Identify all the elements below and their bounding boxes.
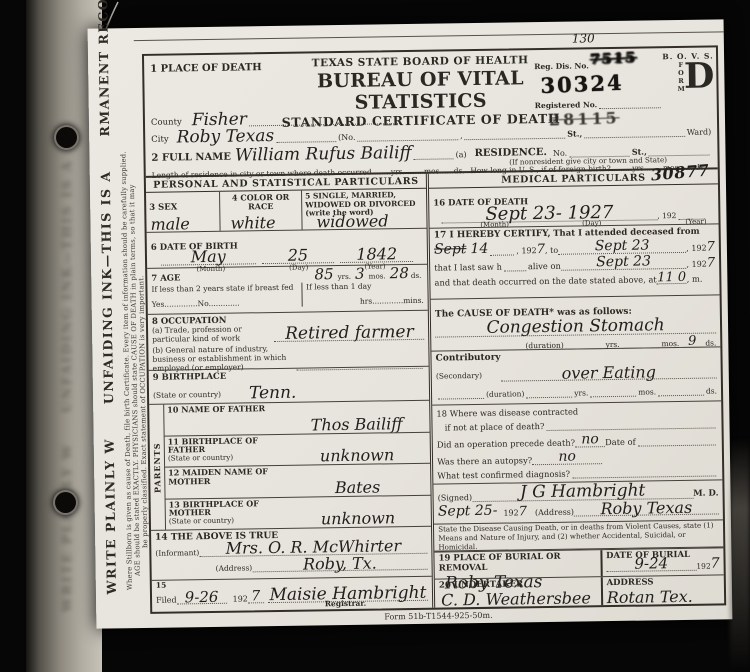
lastsaw-192: , 192 xyxy=(686,260,706,269)
age-months-value: 3 xyxy=(355,268,365,281)
dotted-line xyxy=(504,264,526,271)
registrar-label: Registrar. xyxy=(325,599,367,609)
ghost-text-seg2: UNFAIDING INK—THIS IS A xyxy=(60,160,75,413)
margin-bold-seg2: UNFAIDING INK—THIS IS A xyxy=(98,170,116,404)
ds-caption: ds. xyxy=(411,271,422,280)
mother-birthplace-row: 13 BIRTHPLACE OF MOTHER (State or countr… xyxy=(166,495,432,529)
dotted-line xyxy=(546,421,715,431)
page-top-rule xyxy=(134,31,724,41)
form-header: 1 PLACE OF DEATH TEXAS STATE BOARD OF HE… xyxy=(144,47,718,175)
father-label: 10 NAME OF FATHER xyxy=(167,404,286,415)
city-label: City xyxy=(151,135,169,145)
certificate-page: WRITE PLAINLY W UNFAIDING INK—THIS IS A … xyxy=(88,19,733,628)
occurred-post: , m. xyxy=(687,275,703,284)
dotted-line xyxy=(658,390,704,397)
duration-yrs: yrs. xyxy=(605,340,619,349)
test-question: What test confirmed diagnosis? xyxy=(437,468,570,480)
dotted-line xyxy=(584,123,685,138)
signed-192: 192 xyxy=(503,509,518,518)
dotted-line xyxy=(638,438,716,446)
attended-to-value: Sept 23 xyxy=(595,241,650,254)
dob-day-value: 25 xyxy=(288,249,309,263)
dotted-line xyxy=(590,391,636,398)
attended-from-day: 14 xyxy=(470,244,488,256)
dotted-line xyxy=(622,342,660,349)
county-value: Fisher xyxy=(192,112,247,127)
q18-line2: if not at place of death? xyxy=(445,421,545,432)
parents-label: PARENTS xyxy=(152,442,163,493)
less-than-day-note: If less than 1 day xyxy=(306,281,424,292)
birthplace-row: 9 BIRTHPLACE (State or country) Tenn. xyxy=(149,367,430,405)
father-birthplace-row: 11 BIRTHPLACE OF FATHER (State or countr… xyxy=(165,432,431,467)
cause-value: Congestion Stomach xyxy=(486,319,664,336)
burial-192: 192 xyxy=(696,561,710,570)
from-192: , 192 xyxy=(516,247,536,256)
attended-from-month: Sept xyxy=(434,244,467,256)
dotted-line xyxy=(572,469,716,478)
birthplace-value: Tenn. xyxy=(249,385,297,400)
age-years-value: 85 xyxy=(314,268,333,281)
occurred-pre: and that death occurred on the date stat… xyxy=(434,276,656,288)
occupation-a-label: (a) Trade, profession or particular kind… xyxy=(152,325,275,344)
age-days-value: 28 xyxy=(390,267,409,280)
father-bp-caption: (State or country) xyxy=(168,452,290,462)
city-ward-label: Ward) xyxy=(687,128,712,137)
lastsaw-value: Sept 23 xyxy=(596,257,651,270)
to-192: , 192 xyxy=(686,244,706,253)
disease-questions-row: 18 Where was disease contracted if not a… xyxy=(432,401,722,485)
certify-rest: That I attended deceased from xyxy=(553,227,700,239)
personal-column: PERSONAL AND STATISTICAL PARTICULARS 3 S… xyxy=(146,174,436,612)
informant-row: 14 THE ABOVE IS TRUE (Informant) Mrs. O.… xyxy=(151,527,432,581)
birthplace-label: 9 BIRTHPLACE xyxy=(153,369,425,383)
ghost-margin-text: WRITE PLAINLY W UNFAIDING INK—THIS IS A xyxy=(60,160,75,612)
date-of-label: Date of xyxy=(605,436,636,446)
contributory-value: over Eating xyxy=(562,365,656,380)
burial-row: 19 PLACE OF BURIAL OR REMOVAL Roby Texas… xyxy=(435,547,724,579)
dob-month-value: May xyxy=(191,250,226,264)
burial-date-value: 9-24 xyxy=(634,557,668,570)
father-value: Thos Bailiff xyxy=(287,417,427,433)
medical-column: MEDICAL PARTICULARS 30877 16 DATE OF DEA… xyxy=(429,169,724,607)
duration2-caption: (duration) xyxy=(486,390,524,400)
scanned-certificate-photo: WRITE PLAINLY W UNFAIDING INK—THIS IS A … xyxy=(0,0,750,672)
handwritten-note-130: 130 xyxy=(572,33,595,44)
to-label: , to xyxy=(545,247,558,256)
place-of-death-label: 1 PLACE OF DEATH xyxy=(150,62,262,75)
hole-punch xyxy=(55,492,76,513)
signed-address-value: Roby Texas xyxy=(600,501,692,516)
form-columns: PERSONAL AND STATISTICAL PARTICULARS 3 S… xyxy=(146,167,724,611)
birthplace-caption: (State or country) xyxy=(153,390,221,400)
sex-value: male xyxy=(150,218,189,232)
dotted-line xyxy=(566,343,604,350)
informant-address-label: (Address) xyxy=(216,564,253,574)
form-number: Form 51b-T1544-925-50m. xyxy=(384,611,492,622)
date-of-birth-row: 6 DATE OF BIRTH May 25 1842 (Month) (Day… xyxy=(147,229,428,269)
certificate-form: 130 Reg. Dis. No. 7515 30324 Registered … xyxy=(142,45,726,613)
filed-192: 192 xyxy=(233,595,248,604)
informant-address-value: Roby, Tx. xyxy=(303,556,377,571)
signed-year-hw: 7 xyxy=(519,507,527,518)
filed-row: 15 Filed 9-26 192 7 Maisie Hambright Reg… xyxy=(152,577,433,612)
lastsaw-post: alive on xyxy=(528,262,561,271)
parents-section: PARENTS 10 NAME OF FATHER Thos Bailiff 1… xyxy=(149,401,431,531)
secondary-caption: (Secondary) xyxy=(436,371,482,381)
filed-number: 15 xyxy=(156,581,167,590)
medical-handwritten-number: 30877 xyxy=(651,164,711,183)
to-year-hw: 7 xyxy=(707,242,715,253)
dotted-line xyxy=(357,127,458,142)
lastsaw-year-hw: 7 xyxy=(707,258,715,269)
race-value: white xyxy=(230,216,275,230)
occupation-row: 8 OCCUPATION (a) Trade, profession or pa… xyxy=(148,311,429,371)
lastsaw-pre: that I last saw h xyxy=(434,263,502,273)
signed-label: (Signed) xyxy=(438,493,473,503)
signed-address-label: (Address) xyxy=(535,508,574,518)
dotted-line xyxy=(438,393,484,400)
margin-warning-bold: WRITE PLAINLY W UNFAIDING INK—THIS IS A … xyxy=(95,0,119,595)
duration2-ds: ds. xyxy=(706,387,717,396)
occurred-time-value: 11 0 xyxy=(657,272,686,283)
sex-label: 3 SEX xyxy=(149,202,177,212)
county-label: County xyxy=(151,117,182,127)
cause-footnote: State the Disease Causing Death, or in d… xyxy=(434,520,723,551)
autopsy-answer: no xyxy=(558,451,576,463)
film-artifact xyxy=(730,438,750,672)
signature-row: (Signed) J G Hambright M. D. Sept 25- 19… xyxy=(434,481,723,525)
mother-value: Bates xyxy=(288,480,428,496)
residence-a-label: (a) xyxy=(456,150,467,159)
age-row: 7 AGE 85 yrs. 3 mos. 28 ds. If less than… xyxy=(147,265,428,315)
autopsy-question: Was there an autopsy? xyxy=(437,455,532,466)
mother-label: 12 MAIDEN NAME OF MOTHER xyxy=(168,467,287,486)
dotted-line xyxy=(276,128,336,142)
duration2-yrs: yrs. xyxy=(574,389,588,398)
hrs-mins-line: hrs.............mins. xyxy=(306,296,424,307)
sex-race-marital-row: 3 SEX male 4 COLOR OR RACE white 5 SINGL… xyxy=(146,189,427,233)
fullname-label: 2 FULL NAME xyxy=(151,152,231,164)
yrs-caption: yrs. xyxy=(338,272,352,281)
dotted-line xyxy=(413,146,453,160)
contributory-label: Contributory xyxy=(436,353,501,364)
age-label: 7 AGE xyxy=(151,273,180,283)
ghost-text-seg1: WRITE PLAINLY W xyxy=(60,443,75,612)
margin-bold-seg3: RMANENT RECORD xyxy=(95,0,112,137)
duration-caption: (duration) xyxy=(525,341,563,351)
signed-date-value: Sept 25- xyxy=(438,506,498,519)
dotted-line xyxy=(490,249,514,256)
filed-date-value: 9-26 xyxy=(185,591,219,604)
margin-bold-seg1: WRITE PLAINLY W xyxy=(102,438,119,595)
burial-place-label: 19 PLACE OF BURIAL OR REMOVAL xyxy=(439,551,597,573)
duration-ds: ds. xyxy=(705,338,716,347)
mos-caption: mos. xyxy=(369,271,386,280)
undertaker-row: 20 UNDERTAKER C. D. Weathersbee ADDRESS … xyxy=(435,575,724,607)
q18-line1: 18 Where was disease contracted xyxy=(436,406,578,418)
filed-year-value: 7 xyxy=(251,591,260,603)
mother-bp-caption: (State or country) xyxy=(169,515,291,525)
dotted-line xyxy=(464,125,565,140)
occupation-a-value: Retired farmer xyxy=(285,325,414,341)
operation-answer: no xyxy=(581,434,599,446)
date-of-death-row: 16 DATE OF DEATH Sept 23- 1927 , 192 (Mo… xyxy=(429,184,718,228)
contributory-row: Contributory (Secondary) over Eating (du… xyxy=(432,348,722,406)
certification-row: 17 I HEREBY CERTIFY, That I attended dec… xyxy=(430,224,720,300)
mother-name-row: 12 MAIDEN NAME OF MOTHER Bates xyxy=(165,464,431,499)
marital-value: widowed xyxy=(316,215,388,230)
md-label: M. D. xyxy=(693,488,719,498)
duration2-mos: mos. xyxy=(638,388,656,397)
burial-year-hw: 7 xyxy=(711,558,720,570)
operation-question: Did an operation precede death? xyxy=(437,437,575,449)
physician-signature: J G Hambright xyxy=(520,484,646,500)
cause-of-death-row: The CAUSE OF DEATH* was as follows: Cong… xyxy=(431,296,721,352)
from-year-hw: 7 xyxy=(537,244,545,255)
city-st-label: St., xyxy=(567,128,582,138)
undertaker-address-value: Rotan Tex. xyxy=(607,590,693,605)
city-value: Roby Texas xyxy=(177,129,275,145)
medical-title: MEDICAL PARTICULARS xyxy=(501,172,646,185)
filed-label: Filed xyxy=(156,596,177,605)
father-bp-value: unknown xyxy=(287,448,427,464)
dotted-line xyxy=(526,392,572,399)
race-label: 4 COLOR OR RACE xyxy=(223,193,298,212)
fullname-value: William Rufus Bailiff xyxy=(235,146,412,163)
dob-year-value: 1842 xyxy=(356,247,397,261)
father-name-row: 10 NAME OF FATHER Thos Bailiff xyxy=(164,401,430,436)
duration-days-value: 9 xyxy=(688,336,696,347)
informant-label: (Informant) xyxy=(155,548,199,558)
duration-mos: mos. xyxy=(661,339,679,348)
undertaker-value: C. D. Weathersbee xyxy=(441,591,591,607)
hole-punch xyxy=(56,127,77,148)
bureau-title: BUREAU OF VITAL STATISTICS xyxy=(274,67,567,115)
dotted-line xyxy=(649,142,710,156)
city-no-label: (No. xyxy=(338,133,355,142)
certify-bold: 17 I HEREBY CERTIFY, xyxy=(434,229,551,241)
breastfed-note: If less than 2 years state if breast fed xyxy=(151,282,301,293)
mother-bp-value: unknown xyxy=(288,511,428,527)
yes-no-line: Yes..............No............. xyxy=(152,297,302,308)
